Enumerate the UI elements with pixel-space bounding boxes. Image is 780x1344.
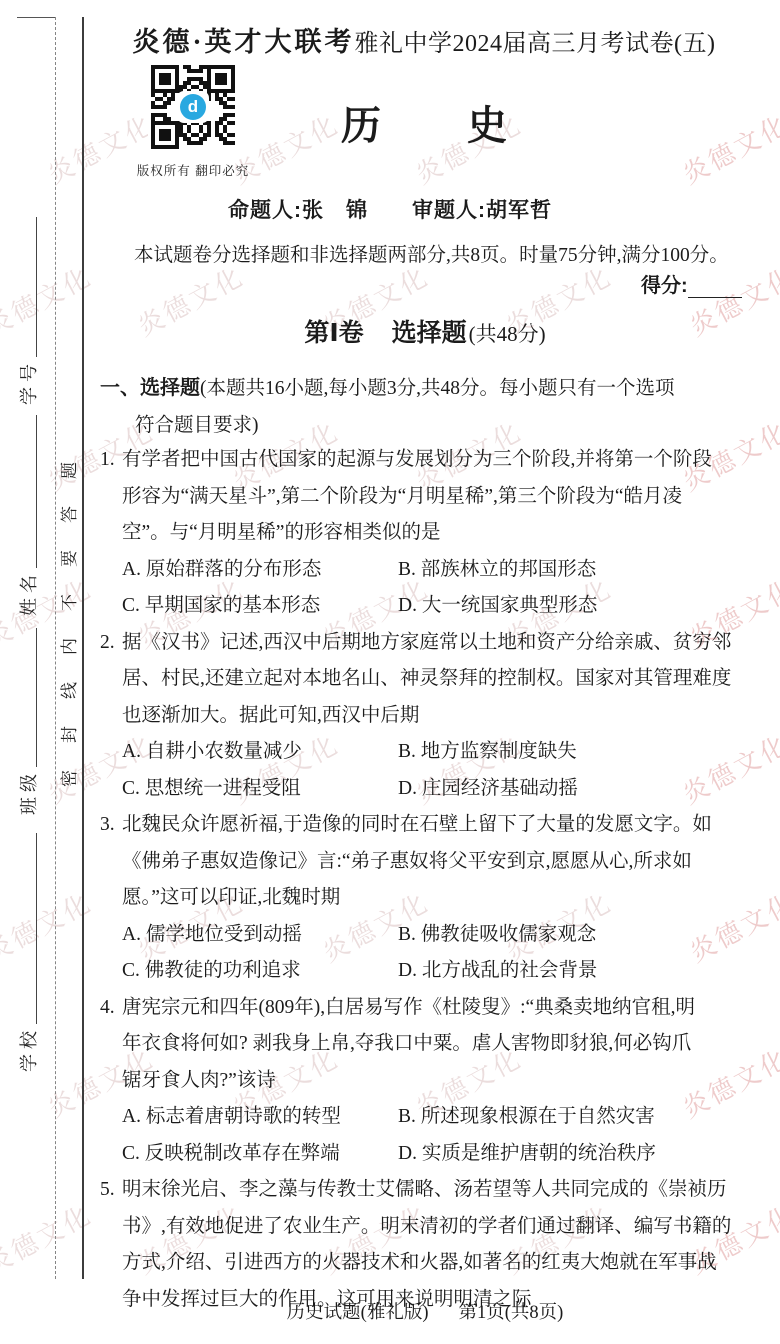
section-number: 第Ⅰ卷 xyxy=(304,319,363,347)
options-row: A. 儒学地位受到动摇 B. 佛教徒吸收儒家观念 xyxy=(100,917,762,954)
option-b: B. 地方监察制度缺失 xyxy=(398,734,762,771)
option-c: C. 思想统一进程受阻 xyxy=(122,771,398,808)
paper-header-title: 炎德·英才大联考雅礼中学2024届高三月考试卷(五) xyxy=(96,20,752,59)
question-stem-line: 愿。”这可以印证,北魏时期 xyxy=(100,880,762,917)
field-label: 学校 xyxy=(15,1024,41,1072)
sidebar-field-name: 姓名 xyxy=(17,415,41,616)
sidebar-field-student-id: 学号 xyxy=(17,217,41,405)
section-score: (共48分) xyxy=(469,322,546,346)
options-row: A. 标志着唐朝诗歌的转型 B. 所述现象根源在于自然灾害 xyxy=(100,1099,762,1136)
question-number: 5. xyxy=(100,1172,122,1209)
sidebar-field-school: 学校 xyxy=(17,833,41,1072)
question-stem-line: 年衣食将何如? 剥我身上帛,夺我口中粟。虐人害物即豺狼,何必钩爪 xyxy=(100,1026,762,1063)
qr-finder-square xyxy=(151,65,179,93)
option-d: D. 大一统国家典型形态 xyxy=(398,588,762,625)
question-stem-line: 也逐渐加大。据此可知,西汉中后期 xyxy=(100,698,762,735)
score-label: 得分: xyxy=(641,269,688,298)
mcq-instructions: 一、选择题(本题共16小题,每小题3分,共48分。每小题只有一个选项 符合题目要… xyxy=(100,369,760,445)
question-stem-line: 方式,介绍、引进西方的火器技术和火器,如著名的红夷大炮就在军事战 xyxy=(100,1245,762,1282)
question-stem-line: 1.有学者把中国古代国家的起源与发展划分为三个阶段,并将第一个阶段 xyxy=(100,442,762,479)
mcq-instructions-rest: (本题共16小题,每小题3分,共48分。每小题只有一个选项 xyxy=(200,378,675,399)
question-stem-line: 《佛弟子惠奴造像记》言:“弟子惠奴将父平安到京,愿愿从心,所求如 xyxy=(100,844,762,881)
page-footer: 历史试题(雅礼版) 第1页(共8页) xyxy=(100,1298,750,1324)
question-stem-line: 5.明末徐光启、李之藻与传教士艾儒略、汤若望等人共同完成的《崇祯历 xyxy=(100,1172,762,1209)
option-b: B. 所述现象根源在于自然灾害 xyxy=(398,1099,762,1136)
mcq-instructions-line2: 符合题目要求) xyxy=(100,407,760,445)
questions-area: 1.有学者把中国古代国家的起源与发展划分为三个阶段,并将第一个阶段 形容为“满天… xyxy=(100,442,762,1318)
question-number: 2. xyxy=(100,625,122,662)
options-row: C. 反映税制改革存在弊端 D. 实质是维护唐朝的统治秩序 xyxy=(100,1136,762,1173)
mcq-instructions-line1: 一、选择题(本题共16小题,每小题3分,共48分。每小题只有一个选项 xyxy=(100,369,760,407)
question-number: 4. xyxy=(100,990,122,1027)
question-stem-line: 锯牙食人肉?”该诗 xyxy=(100,1063,762,1100)
question-2: 2.据《汉书》记述,西汉中后期地方家庭常以土地和资产分给亲戚、贫穷邻 居、村民,… xyxy=(100,625,762,808)
authors-line: 命题人:张 锦 审题人:胡军哲 xyxy=(0,194,780,224)
option-a: A. 儒学地位受到动摇 xyxy=(122,917,398,954)
field-blank-line xyxy=(35,415,37,568)
option-a: A. 自耕小农数量减少 xyxy=(122,734,398,771)
field-label: 班级 xyxy=(15,767,41,815)
question-4: 4.唐宪宗元和四年(809年),白居易写作《杜陵叟》:“典桑卖地纳官租,明 年衣… xyxy=(100,990,762,1173)
option-c: C. 佛教徒的功利追求 xyxy=(122,953,398,990)
field-blank-line xyxy=(35,833,37,1024)
sidebar-field-class: 班级 xyxy=(17,628,41,815)
qr-caption: 版权所有 翻印必究 xyxy=(126,161,260,179)
mcq-instructions-lead: 一、选择题 xyxy=(100,377,200,399)
question-1: 1.有学者把中国古代国家的起源与发展划分为三个阶段,并将第一个阶段 形容为“满天… xyxy=(100,442,762,625)
option-d: D. 北方战乱的社会背景 xyxy=(398,953,762,990)
options-row: C. 思想统一进程受阻 D. 庄园经济基础动摇 xyxy=(100,771,762,808)
option-b: B. 佛教徒吸收儒家观念 xyxy=(398,917,762,954)
question-5: 5.明末徐光启、李之藻与传教士艾儒略、汤若望等人共同完成的《崇祯历 书》,有效地… xyxy=(100,1172,762,1318)
options-row: A. 原始群落的分布形态 B. 部族林立的邦国形态 xyxy=(100,552,762,589)
option-a: A. 原始群落的分布形态 xyxy=(122,552,398,589)
subject-title: 历 史 xyxy=(100,94,750,151)
question-number: 3. xyxy=(100,807,122,844)
brand-name: 炎德·英才大联考 xyxy=(133,27,355,57)
registration-tick xyxy=(17,17,55,18)
question-stem-line: 4.唐宪宗元和四年(809年),白居易写作《杜陵叟》:“典桑卖地纳官租,明 xyxy=(100,990,762,1027)
qr-finder-square xyxy=(207,65,235,93)
question-number: 1. xyxy=(100,442,122,479)
score-row: 得分: xyxy=(641,269,742,298)
field-blank-line xyxy=(35,628,37,767)
option-a: A. 标志着唐朝诗歌的转型 xyxy=(122,1099,398,1136)
option-b: B. 部族林立的邦国形态 xyxy=(398,552,762,589)
seal-instruction-text: 密封线内不要答题 xyxy=(59,435,81,787)
options-row: C. 佛教徒的功利追求 D. 北方战乱的社会背景 xyxy=(100,953,762,990)
question-stem-line: 书》,有效地促进了农业生产。明末清初的学者们通过翻译、编写书籍的 xyxy=(100,1209,762,1246)
footer-paper-name: 历史试题(雅礼版) xyxy=(287,1298,429,1324)
options-row: C. 早期国家的基本形态 D. 大一统国家典型形态 xyxy=(100,588,762,625)
options-row: A. 自耕小农数量减少 B. 地方监察制度缺失 xyxy=(100,734,762,771)
field-blank-line xyxy=(35,217,37,357)
question-stem-line: 居、村民,还建立起对本地名山、神灵祭拜的控制权。国家对其管理难度 xyxy=(100,661,762,698)
exam-info: 本试题卷分选择题和非选择题两部分,共8页。时量75分钟,满分100分。 xyxy=(134,239,729,267)
footer-page-number: 第1页(共8页) xyxy=(459,1298,564,1324)
option-d: D. 实质是维护唐朝的统治秩序 xyxy=(398,1136,762,1173)
question-stem-line: 空”。与“月明星稀”的形容相类似的是 xyxy=(100,515,762,552)
question-stem-line: 2.据《汉书》记述,西汉中后期地方家庭常以土地和资产分给亲戚、贫穷邻 xyxy=(100,625,762,662)
option-c: C. 反映税制改革存在弊端 xyxy=(122,1136,398,1173)
option-d: D. 庄园经济基础动摇 xyxy=(398,771,762,808)
field-label: 姓名 xyxy=(15,568,41,616)
question-3: 3.北魏民众许愿祈福,于造像的同时在石壁上留下了大量的发愿文字。如 《佛弟子惠奴… xyxy=(100,807,762,990)
paper-title-rest: 雅礼中学2024届高三月考试卷(五) xyxy=(355,31,716,57)
question-stem-line: 形容为“满天星斗”,第二个阶段为“月明星稀”,第三个阶段为“皓月凌 xyxy=(100,479,762,516)
section-name: 选择题 xyxy=(392,319,467,347)
score-blank xyxy=(688,273,742,298)
exam-page: 炎德文化炎德文化炎德文化炎德文化炎德文化炎德文化炎德文化炎德文化炎德文化炎德文化… xyxy=(0,0,780,1344)
option-c: C. 早期国家的基本形态 xyxy=(122,588,398,625)
question-stem-line: 3.北魏民众许愿祈福,于造像的同时在石壁上留下了大量的发愿文字。如 xyxy=(100,807,762,844)
field-label: 学号 xyxy=(15,357,41,405)
section-title: 第Ⅰ卷 选择题(共48分) xyxy=(100,313,750,349)
